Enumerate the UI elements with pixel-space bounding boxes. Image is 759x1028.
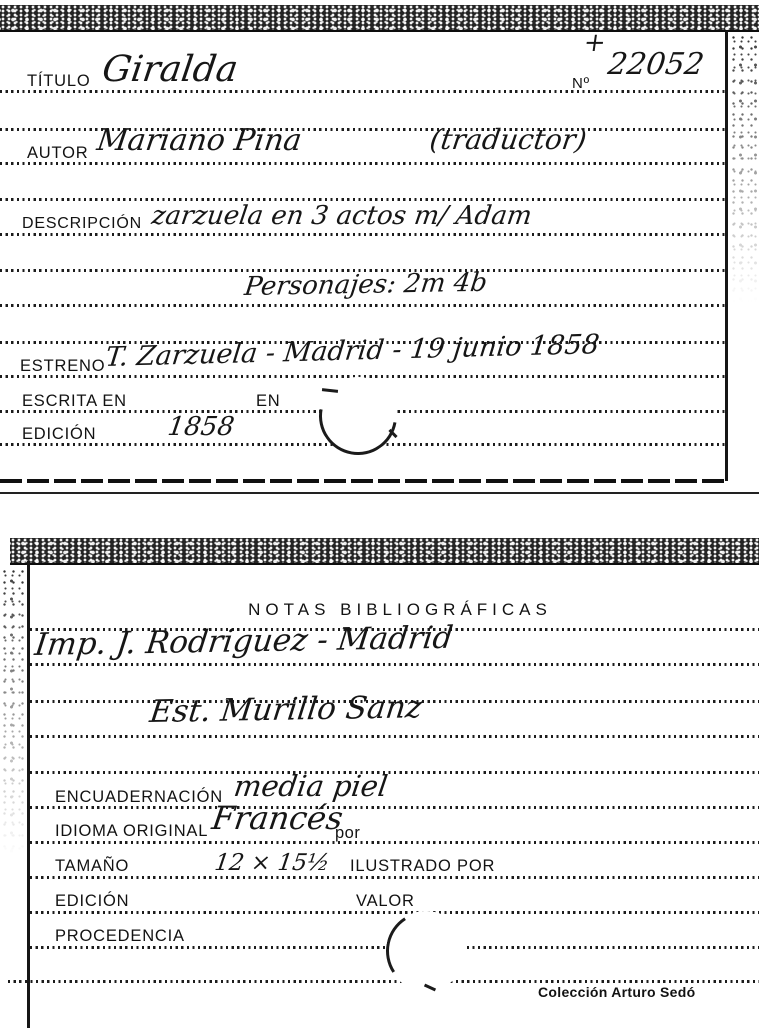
nota-handwritten-line1: Imp. J. Rodriguez - Madrid (33, 623, 455, 661)
edicion-handwritten-value: 1858 (166, 414, 236, 440)
escrita-en-label: ESCRITA EN (22, 393, 127, 410)
ruled-line (8, 980, 759, 983)
idioma-original-label: IDIOMA ORIGINAL (55, 823, 208, 840)
card1-right-border (725, 31, 728, 481)
scan-noise-band-card2 (10, 538, 759, 565)
tamano-label: TAMAÑO (55, 858, 129, 875)
separator-line (0, 492, 759, 494)
scanned-catalog-card-page: TÍTULO Nº AUTOR DESCRIPCIÓN ESTRENO ESCR… (0, 0, 759, 1028)
valor-label: VALOR (356, 893, 415, 910)
numero-label: Nº (572, 76, 590, 91)
personajes-handwritten-value: Personajes: 2m 4b (243, 270, 489, 300)
procedencia-label: PROCEDENCIA (55, 928, 185, 945)
edicion-label-card2: EDICIÓN (55, 893, 129, 910)
descripcion-label: DESCRIPCIÓN (22, 216, 142, 232)
encuadernacion-label: ENCUADERNACIÓN (55, 789, 223, 806)
card2-left-border (27, 561, 30, 1028)
ruled-line (0, 90, 727, 93)
ruled-line (30, 663, 759, 666)
cross-mark-handwritten: + (582, 30, 607, 56)
scan-noise-left-edge (0, 566, 25, 856)
en-label: EN (256, 393, 281, 410)
scan-noise-band-top (0, 5, 759, 32)
edicion-label: EDICIÓN (22, 426, 96, 443)
ruled-line (30, 876, 759, 879)
ruled-line (0, 233, 727, 236)
ruled-line (30, 911, 759, 914)
titulo-label: TÍTULO (27, 73, 90, 90)
ilustrado-por-label: ILUSTRADO POR (350, 858, 495, 875)
coleccion-credit: Colección Arturo Sedó (538, 985, 695, 999)
estreno-label: ESTRENO (20, 358, 105, 375)
ruled-line (30, 771, 759, 774)
autor-note-handwritten: (traductor) (428, 126, 588, 154)
ruled-line (0, 304, 727, 307)
ruled-line (30, 841, 759, 844)
estreno-handwritten-value: T. Zarzuela - Madrid - 19 junio 1858 (104, 331, 601, 371)
autor-handwritten-value: Mariano Pina (95, 126, 304, 156)
ruled-line (30, 735, 759, 738)
ruled-line (0, 162, 727, 165)
idioma-handwritten-value: Francés (210, 802, 345, 834)
nota-handwritten-line2: Est. Murillo Sanz (148, 692, 424, 728)
ruled-line (30, 806, 759, 809)
descripcion-handwritten-value: zarzuela en 3 actos m/ Adam (150, 203, 533, 229)
numero-handwritten-value: 22052 (606, 50, 706, 80)
notas-bibliograficas-header: NOTAS BIBLIOGRÁFICAS (240, 601, 560, 618)
tamano-handwritten-value: 12 × 15½ (213, 852, 331, 875)
titulo-handwritten-value: Giralda (100, 52, 240, 88)
autor-label: AUTOR (27, 145, 88, 162)
card1-bottom-edge (0, 479, 727, 483)
scan-noise-right-edge (729, 32, 759, 302)
encuadernacion-handwritten-value: media piel (232, 772, 389, 801)
